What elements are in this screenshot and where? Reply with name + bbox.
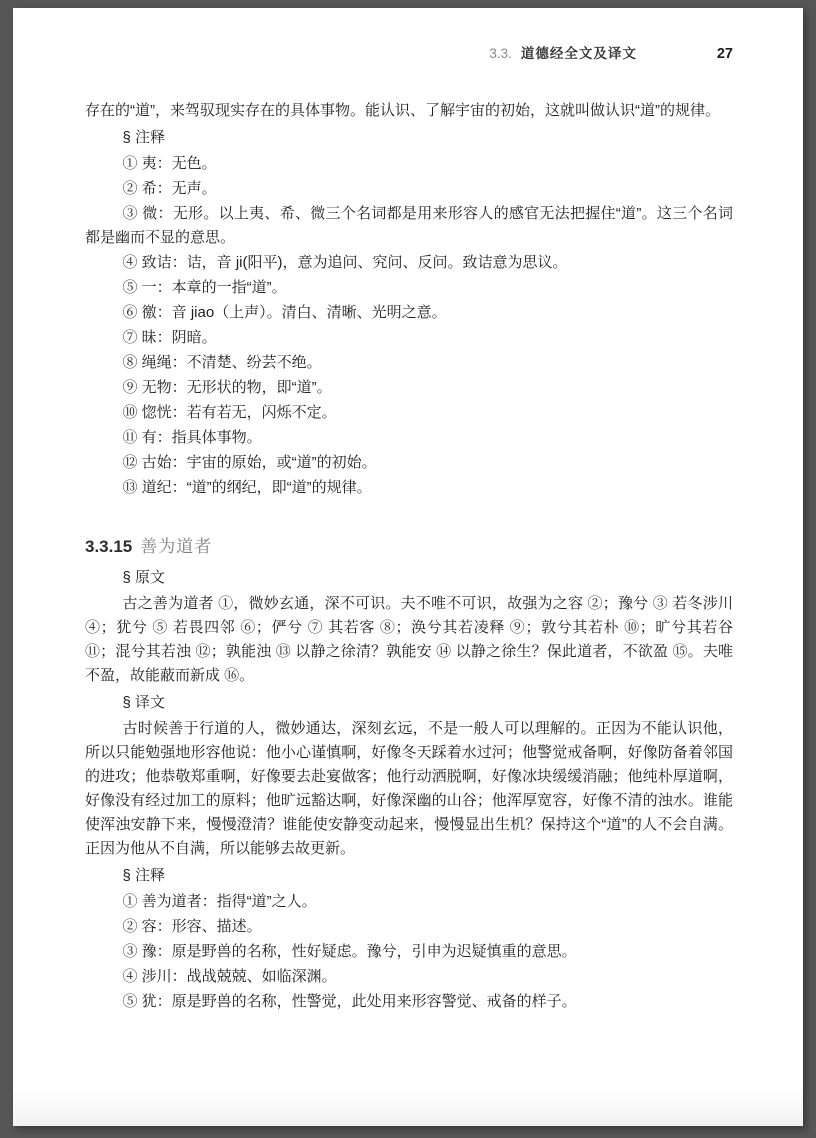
note-item: ⑨ 无物：无形状的物，即“道”。 [85, 376, 733, 400]
paragraph: 古之善为道者 ①，微妙玄通，深不可识。夫不唯不可识，故强为之容 ②；豫兮 ③ 若… [85, 592, 733, 688]
page-content: 存在的“道”，来驾驭现实存在的具体事物。能认识、了解宇宙的初始，这就叫做认识“道… [85, 99, 733, 1014]
document-page: 3.3. 道德经全文及译文 27 存在的“道”，来驾驭现实存在的具体事物。能认识… [13, 8, 803, 1126]
note-item: ⑩ 惚恍：若有若无，闪烁不定。 [85, 401, 733, 425]
note-item: ② 容：形容、描述。 [85, 915, 733, 939]
section-heading-number: 3.3.15 [85, 537, 132, 556]
note-item: ⑥ 徼：音 jiao（上声）。清白、清晰、光明之意。 [85, 301, 733, 325]
subsection-label: § 注释 [85, 864, 733, 888]
note-item: ⑬ 道纪：“道”的纲纪，即“道”的规律。 [85, 476, 733, 500]
section-heading: 3.3.15善为道者 [85, 535, 733, 559]
subsection-label: § 原文 [85, 566, 733, 590]
note-item: ⑧ 绳绳：不清楚、纷芸不绝。 [85, 351, 733, 375]
note-item: ⑦ 昧：阴暗。 [85, 326, 733, 350]
note-item: ③ 微：无形。以上夷、希、微三个名词都是用来形容人的感官无法把握住“道”。这三个… [85, 202, 733, 250]
header-section-title: 道德经全文及译文 [521, 44, 637, 64]
note-item: ② 希：无声。 [85, 177, 733, 201]
note-item: ⑤ 犹：原是野兽的名称，性警觉，此处用来形容警觉、戒备的样子。 [85, 990, 733, 1014]
paragraph: 存在的“道”，来驾驭现实存在的具体事物。能认识、了解宇宙的初始，这就叫做认识“道… [85, 99, 733, 123]
note-item: ① 夷：无色。 [85, 152, 733, 176]
note-item: ⑫ 古始：宇宙的原始，或“道”的初始。 [85, 451, 733, 475]
note-item: ③ 豫：原是野兽的名称，性好疑虑。豫兮，引申为迟疑慎重的意思。 [85, 940, 733, 964]
pdf-viewer-background: 3.3. 道德经全文及译文 27 存在的“道”，来驾驭现实存在的具体事物。能认识… [0, 0, 816, 1138]
note-item: ⑪ 有：指具体事物。 [85, 426, 733, 450]
subsection-label: § 注释 [85, 126, 733, 150]
header-section-number: 3.3. [489, 44, 512, 64]
section-heading-title: 善为道者 [140, 537, 212, 556]
note-item: ④ 涉川：战战兢兢、如临深渊。 [85, 965, 733, 989]
page-header: 3.3. 道德经全文及译文 27 [85, 44, 733, 64]
paragraph: 古时候善于行道的人，微妙通达，深刻玄远，不是一般人可以理解的。正因为不能认识他，… [85, 717, 733, 861]
note-item: ⑤ 一：本章的一指“道”。 [85, 276, 733, 300]
note-item: ① 善为道者：指得“道”之人。 [85, 890, 733, 914]
note-item: ④ 致诘：诘，音 ji(阳平)，意为追问、究问、反问。致诘意为思议。 [85, 251, 733, 275]
page-number: 27 [717, 44, 733, 64]
subsection-label: § 译文 [85, 691, 733, 715]
